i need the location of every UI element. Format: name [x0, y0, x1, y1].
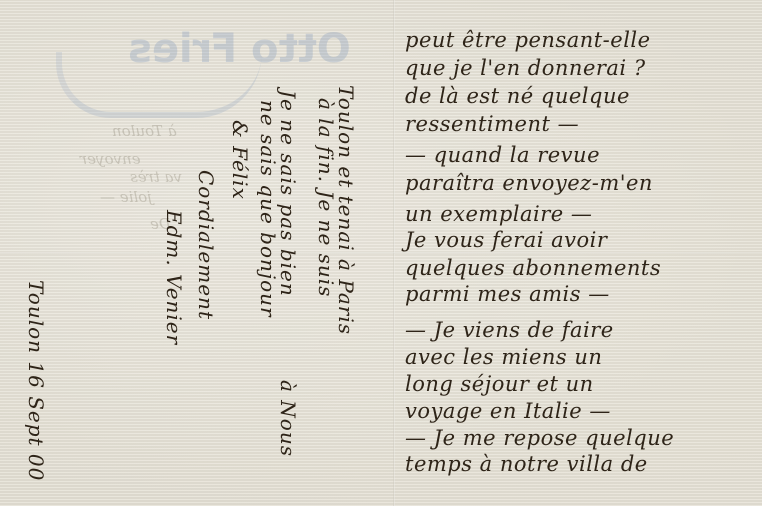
letter-line: Cordialement: [194, 170, 218, 320]
letter-line: de là est né quelque: [405, 84, 630, 108]
letter-line: Je vous ferai avoir: [405, 228, 607, 252]
letter-line: avec les miens un: [405, 345, 602, 369]
letter-line: — Je me repose quelque: [405, 426, 674, 450]
bleed-through-text: à Toulon: [112, 122, 177, 140]
letter-line: quelques abonnements: [405, 256, 661, 280]
bleed-through-text: envoyer: [80, 150, 141, 168]
letter-line: ne sais que bonjour: [256, 100, 280, 318]
letter-line: que je l'en donnerai ?: [405, 56, 646, 80]
letter-line: temps à notre villa de: [405, 452, 648, 476]
letter-line: un exemplaire —: [405, 202, 592, 226]
letter-line: à la fin. Je ne suis: [314, 98, 338, 297]
letter-line: peut être pensant-elle: [405, 28, 651, 52]
date-line: Toulon 16 Sept 00: [24, 280, 48, 481]
letter-scan: Otto Fries à Toulon envoyer va très joli…: [0, 0, 762, 506]
bleed-through-text: jolie —: [100, 188, 152, 206]
letter-line: & Félix: [228, 120, 252, 200]
signature: Edm. Venier: [162, 210, 186, 345]
letter-line: — quand la revue: [405, 143, 600, 167]
stamp-text: Otto Fries: [128, 26, 351, 72]
letter-line: à Nous: [276, 380, 300, 457]
letter-line: long séjour et un: [405, 372, 594, 396]
letter-line: paraîtra envoyez-m'en: [405, 171, 653, 195]
letter-line: ressentiment —: [405, 112, 579, 136]
left-page: Otto Fries à Toulon envoyer va très joli…: [0, 0, 393, 506]
bleed-through-text: va très: [130, 168, 182, 186]
letter-line: voyage en Italie —: [405, 399, 611, 423]
letter-line: parmi mes amis —: [405, 282, 610, 306]
collector-stamp: Otto Fries: [40, 10, 240, 110]
letter-line: — Je viens de faire: [405, 318, 614, 342]
